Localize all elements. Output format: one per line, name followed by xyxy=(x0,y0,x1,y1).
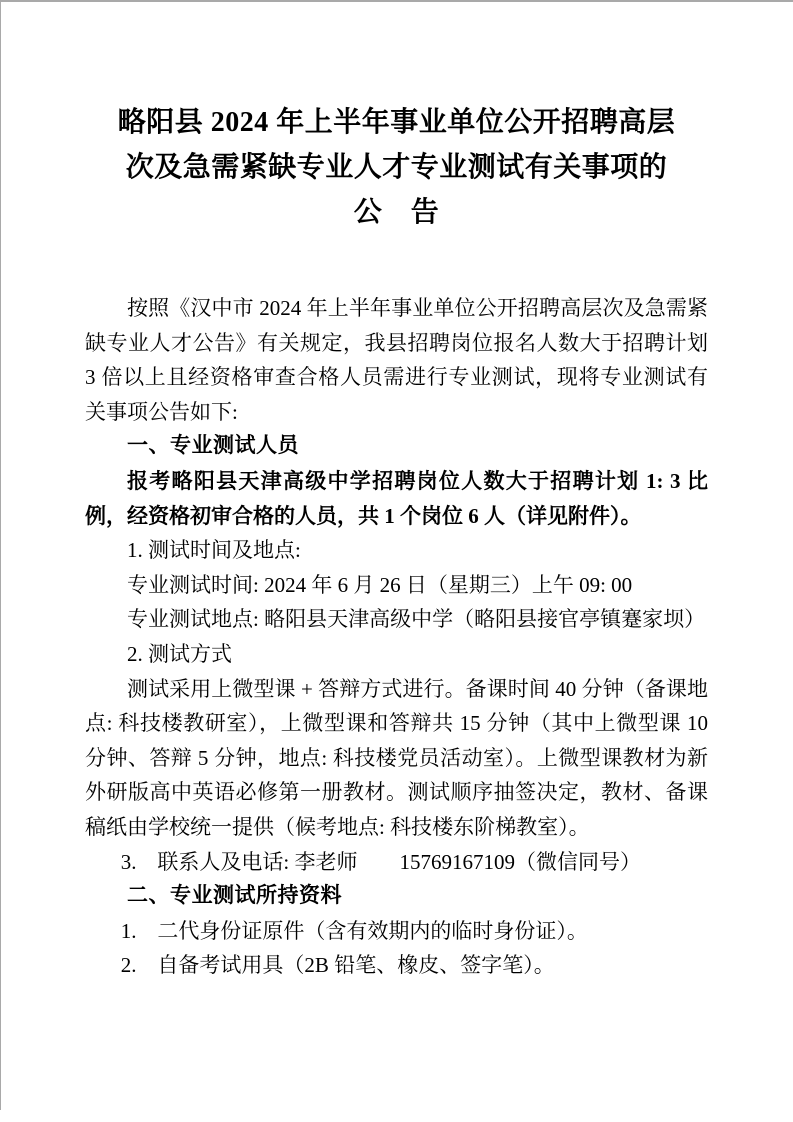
section-1-method: 测试采用上微型课 + 答辩方式进行。备课时间 40 分钟（备课地点: 科技楼教研… xyxy=(85,672,708,845)
document-page: 略阳县 2024 年上半年事业单位公开招聘高层 次及急需紧缺专业人才专业测试有关… xyxy=(0,0,793,1122)
section-1-test-location: 专业测试地点: 略阳县天津高级中学（略阳县接官亭镇蹇家坝） xyxy=(85,602,708,637)
page-edge-top xyxy=(0,0,793,2)
section-1-contact: 3. 联系人及电话: 李老师 15769167109（微信同号） xyxy=(85,845,708,880)
section-2-heading: 二、专业测试所持资料 xyxy=(85,879,708,914)
section-1-item-2-label: 2. 测试方式 xyxy=(85,637,708,672)
section-1-item-1-label: 1. 测试时间及地点: xyxy=(85,533,708,568)
title-line-1: 略阳县 2024 年上半年事业单位公开招聘高层 xyxy=(85,100,708,145)
section-1-heading: 一、专业测试人员 xyxy=(85,429,708,464)
title-line-3: 公 告 xyxy=(85,190,708,235)
section-2-item-2: 2. 自备考试用具（2B 铅笔、橡皮、签字笔）。 xyxy=(85,948,708,983)
section-1-applicants: 报考略阳县天津高级中学招聘岗位人数大于招聘计划 1: 3 比例，经资格初审合格的… xyxy=(85,464,708,533)
intro-paragraph: 按照《汉中市 2024 年上半年事业单位公开招聘高层次及急需紧缺专业人才公告》有… xyxy=(85,291,708,429)
section-1-test-time: 专业测试时间: 2024 年 6 月 26 日（星期三）上午 09: 00 xyxy=(85,568,708,603)
document-title: 略阳县 2024 年上半年事业单位公开招聘高层 次及急需紧缺专业人才专业测试有关… xyxy=(85,100,708,235)
section-2-item-1: 1. 二代身份证原件（含有效期内的临时身份证）。 xyxy=(85,914,708,949)
page-edge-left xyxy=(0,0,1,1110)
page-content: 略阳县 2024 年上半年事业单位公开招聘高层 次及急需紧缺专业人才专业测试有关… xyxy=(85,100,708,983)
document-body: 按照《汉中市 2024 年上半年事业单位公开招聘高层次及急需紧缺专业人才公告》有… xyxy=(85,291,708,983)
title-line-2: 次及急需紧缺专业人才专业测试有关事项的 xyxy=(85,145,708,190)
